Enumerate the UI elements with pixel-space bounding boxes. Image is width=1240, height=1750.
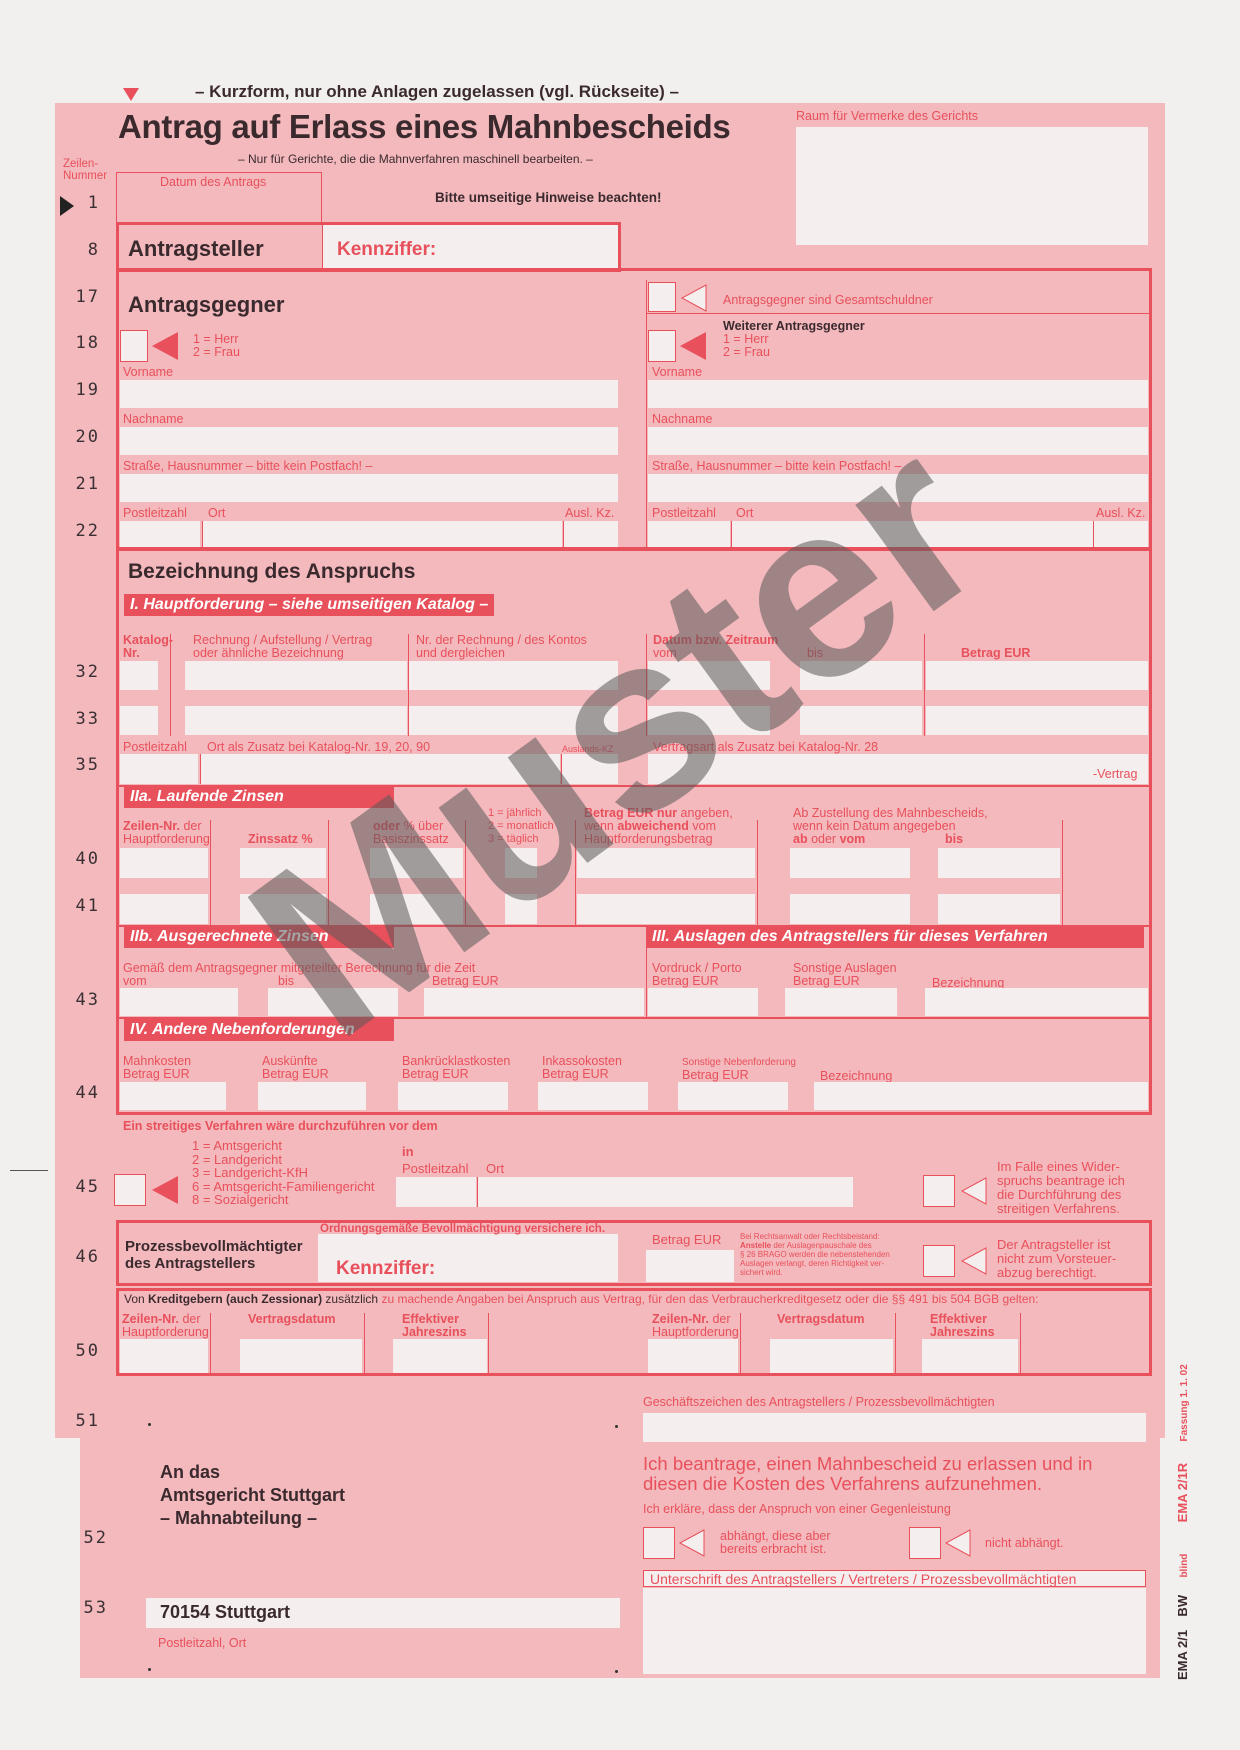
vat-checkbox[interactable] (923, 1245, 955, 1277)
other-expenses-amount-field[interactable] (785, 988, 897, 1016)
marker-triangle-icon (123, 88, 139, 101)
dispute-title: Ein streitiges Verfahren wäre durchzufüh… (123, 1120, 438, 1133)
catalog-field-33[interactable] (120, 706, 158, 735)
line-number-22: 22 (60, 521, 100, 541)
dispute-request-checkbox[interactable] (923, 1175, 955, 1207)
dispute-court-options: 1 = Amtsgericht2 = Landgericht3 = Landge… (192, 1139, 374, 1207)
dependent-fulfilled-checkbox[interactable] (643, 1527, 675, 1559)
respondent-city-field[interactable] (202, 521, 562, 547)
form-version-side-text: EMA 2/1 BW blind EMA 2/1R Fassung 1. 1. … (1175, 1364, 1190, 1680)
divider (575, 820, 576, 925)
respondent-last-name-label: Nachname (123, 413, 183, 426)
claim-city-label: Ort als Zusatz bei Katalog-Nr. 19, 20, 9… (207, 741, 430, 754)
contract-suffix: -Vertrag (1093, 768, 1137, 781)
respondent-title: Antragsgegner (128, 292, 284, 318)
not-dependent-checkbox[interactable] (909, 1527, 941, 1559)
representative-kennziffer-label: Kennziffer: (336, 1259, 435, 1279)
respondent-first-name-field[interactable] (120, 380, 618, 408)
further-respondent-title: Weiterer Antragsgegner (723, 319, 865, 333)
dispute-court-field[interactable] (114, 1174, 146, 1206)
respondent-zip-label: Postleitzahl (123, 507, 187, 520)
computed-interest-bar: IIb. Ausgerechnete Zinsen (124, 926, 394, 948)
arrow-left-outline-icon (944, 1528, 972, 1558)
running-amount-field-40[interactable] (577, 848, 755, 878)
date-field[interactable] (120, 192, 318, 220)
arrow-left-outline-icon (680, 283, 708, 313)
running-lineref-field-41[interactable] (120, 894, 208, 924)
reference-field[interactable] (643, 1413, 1146, 1442)
respondent-zip-field[interactable] (120, 521, 200, 547)
signature-label: Unterschrift des Antragstellers / Vertre… (650, 1572, 1076, 1586)
divider (924, 634, 925, 736)
expenses-designation-field[interactable] (925, 988, 1148, 1016)
credit-apr-field-left[interactable] (393, 1339, 487, 1373)
respondent-header-line (646, 313, 1150, 314)
line-number-53: 53 (68, 1598, 108, 1618)
account-label: Nr. der Rechnung / des Kontosund derglei… (416, 634, 587, 660)
rate-field-41[interactable] (240, 894, 326, 924)
joint-debtors-checkbox[interactable] (648, 282, 676, 312)
bank-amount-field[interactable] (398, 1082, 508, 1110)
period-options: 1 = jährlich2 = monatlich3 = täglich (488, 807, 554, 846)
arrow-left-outline-icon (678, 1528, 706, 1558)
line-number-44: 44 (60, 1083, 100, 1103)
claim-city-field[interactable] (200, 754, 560, 784)
divider (646, 926, 647, 1018)
not-dependent-label: nicht abhängt. (985, 1537, 1064, 1550)
margin-tick (10, 1170, 48, 1171)
credit-intro: Von Kreditgebern (auch Zessionar) zusätz… (124, 1293, 1039, 1306)
representative-title: Prozessbevollmächtigterdes Antragsteller… (125, 1238, 303, 1272)
running-amount-field-41[interactable] (577, 894, 755, 924)
running-line-ref-label: Zeilen-Nr. derHauptforderung (123, 820, 210, 846)
line-number-8: 8 (60, 240, 100, 260)
line-number-52: 52 (68, 1528, 108, 1548)
bank-label: BankrücklastkostenBetrag EUR (402, 1055, 510, 1081)
amount-field-32[interactable] (926, 661, 1148, 690)
line-number-17: 17 (60, 287, 100, 307)
computed-to-field[interactable] (268, 988, 398, 1016)
credit-contract-date-field-left[interactable] (240, 1339, 362, 1373)
line-number-1: 1 (60, 193, 100, 213)
court-address: An dasAmtsgericht Stuttgart– Mahnabteilu… (160, 1461, 345, 1530)
representative-amount-label: Betrag EUR (652, 1233, 721, 1246)
dispute-request-label: Im Falle eines Wider-spruchs beantrage i… (997, 1160, 1125, 1216)
over-base-field-41[interactable] (370, 894, 463, 924)
dot (615, 1670, 618, 1673)
info-amount-field[interactable] (258, 1082, 366, 1110)
invoice-label: Rechnung / Aufstellung / Vertragoder ähn… (193, 634, 372, 660)
further-last-name-field[interactable] (648, 427, 1148, 455)
contract-type-label: Vertragsart als Zusatz bei Katalog-Nr. 2… (653, 741, 878, 754)
line-number-18: 18 (60, 333, 100, 353)
running-from-field-40[interactable] (790, 848, 910, 878)
credit-apr-label-right: EffektiverJahreszins (930, 1313, 995, 1339)
divider (328, 820, 329, 925)
credit-lineref-field-left[interactable] (120, 1339, 208, 1373)
other-claims-designation-field[interactable] (814, 1082, 1148, 1110)
line-number-20: 20 (60, 427, 100, 447)
other-expenses-label: Sonstige AuslagenBetrag EUR (793, 962, 897, 988)
dispute-zip-label: Postleitzahl (402, 1162, 468, 1175)
credit-contract-date-field-right[interactable] (770, 1339, 893, 1373)
divider (1062, 820, 1063, 925)
arrow-left-icon (680, 332, 706, 360)
date-to-label: bis (807, 647, 823, 660)
over-base-field-40[interactable] (370, 848, 463, 878)
line-number-51: 51 (60, 1411, 100, 1431)
divider (210, 1313, 211, 1373)
reference-label: Geschäftszeichen des Antragstellers / Pr… (643, 1396, 995, 1409)
divider (364, 1313, 365, 1373)
line-number-label: Zeilen-Nummer (63, 158, 107, 182)
dunning-label: MahnkostenBetrag EUR (123, 1055, 191, 1081)
date-to-field-33[interactable] (800, 706, 922, 735)
credit-contract-date-label-left: Vertragsdatum (248, 1313, 336, 1326)
respondent-last-name-field[interactable] (120, 427, 618, 455)
contract-type-field[interactable] (648, 754, 1148, 784)
line-number-46: 46 (60, 1247, 100, 1267)
joint-debtors-label: Antragsgegner sind Gesamtschuldner (723, 294, 933, 307)
rate-label: Zinssatz % (248, 833, 313, 846)
date-from-field-32[interactable] (648, 661, 770, 690)
page-title: Antrag auf Erlass eines Mahnbescheids (118, 108, 730, 146)
further-respondent-gender-options: 1 = Herr2 = Frau (723, 333, 770, 359)
further-zip-label: Postleitzahl (652, 507, 716, 520)
credit-lineref-field-right[interactable] (648, 1339, 738, 1373)
dispute-zip-field[interactable] (396, 1177, 476, 1207)
computed-interest-desc: Gemäß dem Antragsgegner mitgeteilter Ber… (123, 962, 475, 988)
running-to-field-40[interactable] (938, 848, 1060, 878)
declaration-label: Ich erkläre, dass der Anspruch von einer… (643, 1503, 951, 1516)
dot (615, 1425, 618, 1428)
further-first-name-label: Vorname (652, 366, 702, 379)
respondent-country-field[interactable] (563, 521, 618, 547)
further-zip-field[interactable] (648, 521, 730, 547)
header-subtitle: – Nur für Gerichte, die die Mahnverfahre… (238, 152, 593, 166)
computed-from-field[interactable] (120, 988, 238, 1016)
dot (148, 1668, 151, 1671)
running-to-label: bis (945, 833, 963, 846)
running-amount-label: Betrag EUR nur angeben,wenn abweichend v… (584, 807, 733, 846)
respondent-gender-options: 1 = Herr2 = Frau (193, 333, 240, 359)
computed-amount-label: Betrag EUR (432, 975, 499, 988)
respondent-city-label: Ort (208, 507, 225, 520)
dot (148, 1423, 151, 1426)
date-label: Datum des Antrags (160, 176, 266, 189)
account-field-32[interactable] (409, 661, 618, 690)
main-claim-bar: I. Hauptforderung – siehe umseitigen Kat… (124, 594, 494, 616)
other-claim-label: Sonstige NebenforderungBetrag EUR (682, 1055, 796, 1082)
authorization-label: Ordnungsgemäße Bevollmächtigung versiche… (320, 1223, 605, 1236)
line-number-19: 19 (60, 380, 100, 400)
court-city-label: Postleitzahl, Ort (158, 1637, 246, 1650)
further-city-field[interactable] (731, 521, 1093, 547)
line-number-50: 50 (60, 1341, 100, 1361)
date-to-field-32[interactable] (800, 661, 922, 690)
catalog-label: Katalog-Nr. (123, 634, 173, 660)
further-street-field[interactable] (648, 474, 1148, 502)
collection-label: InkassokostenBetrag EUR (542, 1055, 622, 1081)
invoice-field-32[interactable] (185, 661, 407, 690)
divider (210, 820, 211, 925)
running-lineref-field-40[interactable] (120, 848, 208, 878)
dispute-city-label: Ort (486, 1162, 504, 1175)
arrow-left-outline-icon (960, 1176, 988, 1206)
claim-foreign-field[interactable] (561, 754, 618, 784)
dispute-in-label: in (402, 1145, 414, 1158)
header-subtitle-top: – Kurzform, nur ohne Anlagen zugelassen … (195, 82, 679, 102)
vat-label: Der Antragsteller istnicht zum Vorsteuer… (997, 1238, 1116, 1280)
court-city-value: 70154 Stuttgart (160, 1602, 290, 1623)
line-number-45: 45 (60, 1177, 100, 1197)
respondent-gender-field[interactable] (120, 330, 148, 362)
signature-field[interactable] (643, 1588, 1146, 1674)
credit-contract-date-label-right: Vertragsdatum (777, 1313, 865, 1326)
claim-zip-label: Postleitzahl (123, 741, 187, 754)
catalog-field-32[interactable] (120, 661, 158, 690)
rate-field-40[interactable] (240, 848, 326, 878)
further-respondent-gender-field[interactable] (648, 330, 676, 362)
dependent-fulfilled-label: abhängt, diese aberbereits erbracht ist. (720, 1530, 831, 1556)
divider (895, 1313, 896, 1373)
further-street-label: Straße, Hausnummer – bitte kein Postfach… (652, 460, 901, 473)
period-field-41[interactable] (505, 894, 537, 924)
further-last-name-label: Nachname (652, 413, 712, 426)
hint-text: Bitte umseitige Hinweise beachten! (435, 190, 662, 205)
computed-to-label: bis (278, 975, 294, 988)
claim-title: Bezeichnung des Anspruchs (128, 560, 415, 584)
representative-amount-field[interactable] (646, 1250, 734, 1282)
collection-amount-field[interactable] (538, 1082, 648, 1110)
line-number-43: 43 (60, 990, 100, 1010)
dunning-amount-field[interactable] (120, 1082, 226, 1110)
further-city-label: Ort (736, 507, 753, 520)
info-label: AuskünfteBetrag EUR (262, 1055, 329, 1081)
respondent-divider (646, 280, 647, 548)
account-field-33[interactable] (409, 706, 618, 735)
line-number-21: 21 (60, 474, 100, 494)
representative-note: Bei Rechtsanwalt oder Rechtsbeistand:Ans… (740, 1232, 890, 1277)
expenses-bar: III. Auslagen des Antragstellers für die… (646, 926, 1144, 948)
applicant-kennziffer-label: Kennziffer: (337, 240, 436, 260)
amount-field-33[interactable] (926, 706, 1148, 735)
other-claims-bar: IV. Andere Nebenforderungen (124, 1019, 394, 1041)
divider (757, 820, 758, 925)
divider (488, 1313, 489, 1373)
divider (740, 1313, 741, 1373)
divider (1020, 1313, 1021, 1373)
respondent-street-label: Straße, Hausnummer – bitte kein Postfach… (123, 460, 372, 473)
credit-apr-label-left: EffektiverJahreszins (402, 1313, 467, 1339)
applicant-title: Antragsteller (128, 236, 264, 262)
further-country-label: Ausl. Kz. (1096, 507, 1145, 520)
dispute-city-field[interactable] (477, 1177, 853, 1207)
date-from-field-33[interactable] (648, 706, 770, 735)
over-base-label: oder % überBasiszinssatz (373, 820, 449, 846)
running-to-field-41[interactable] (938, 894, 1060, 924)
invoice-field-33[interactable] (185, 706, 407, 735)
arrow-left-icon (152, 332, 178, 360)
divider (465, 820, 466, 925)
period-field-40[interactable] (505, 848, 537, 878)
divider (170, 634, 171, 736)
line-number-32: 32 (60, 662, 100, 682)
date-period-label: Datum bzw. Zeitraumvom (653, 634, 778, 660)
computed-amount-field[interactable] (424, 988, 644, 1016)
running-interest-bar: IIa. Laufende Zinsen (124, 786, 394, 808)
claim-amount-label: Betrag EUR (961, 647, 1030, 660)
court-notes-label: Raum für Vermerke des Gerichts (796, 110, 978, 123)
line-number-35: 35 (60, 755, 100, 775)
respondent-first-name-label: Vorname (123, 366, 173, 379)
form-postage-label: Vordruck / PortoBetrag EUR (652, 962, 742, 988)
credit-apr-field-right[interactable] (922, 1339, 1018, 1373)
respondent-country-label: Ausl. Kz. (565, 507, 614, 520)
request-statement: Ich beantrage, einen Mahnbescheid zu erl… (643, 1454, 1092, 1494)
further-first-name-field[interactable] (648, 380, 1148, 408)
postage-amount-field[interactable] (648, 988, 758, 1016)
further-country-field[interactable] (1093, 521, 1148, 547)
line-number-33: 33 (60, 709, 100, 729)
line-number-41: 41 (60, 896, 100, 916)
arrow-left-icon (152, 1176, 178, 1204)
court-notes-field[interactable] (796, 127, 1148, 245)
line-number-40: 40 (60, 849, 100, 869)
divider (646, 634, 647, 736)
claim-zip-field[interactable] (120, 754, 198, 784)
respondent-street-field[interactable] (120, 474, 618, 502)
arrow-left-outline-icon (960, 1246, 988, 1276)
credit-lineref-label-left: Zeilen-Nr. derHauptforderung (122, 1313, 209, 1339)
credit-lineref-label-right: Zeilen-Nr. derHauptforderung (652, 1313, 739, 1339)
running-from-field-41[interactable] (790, 894, 910, 924)
other-claim-amount-field[interactable] (678, 1082, 788, 1110)
